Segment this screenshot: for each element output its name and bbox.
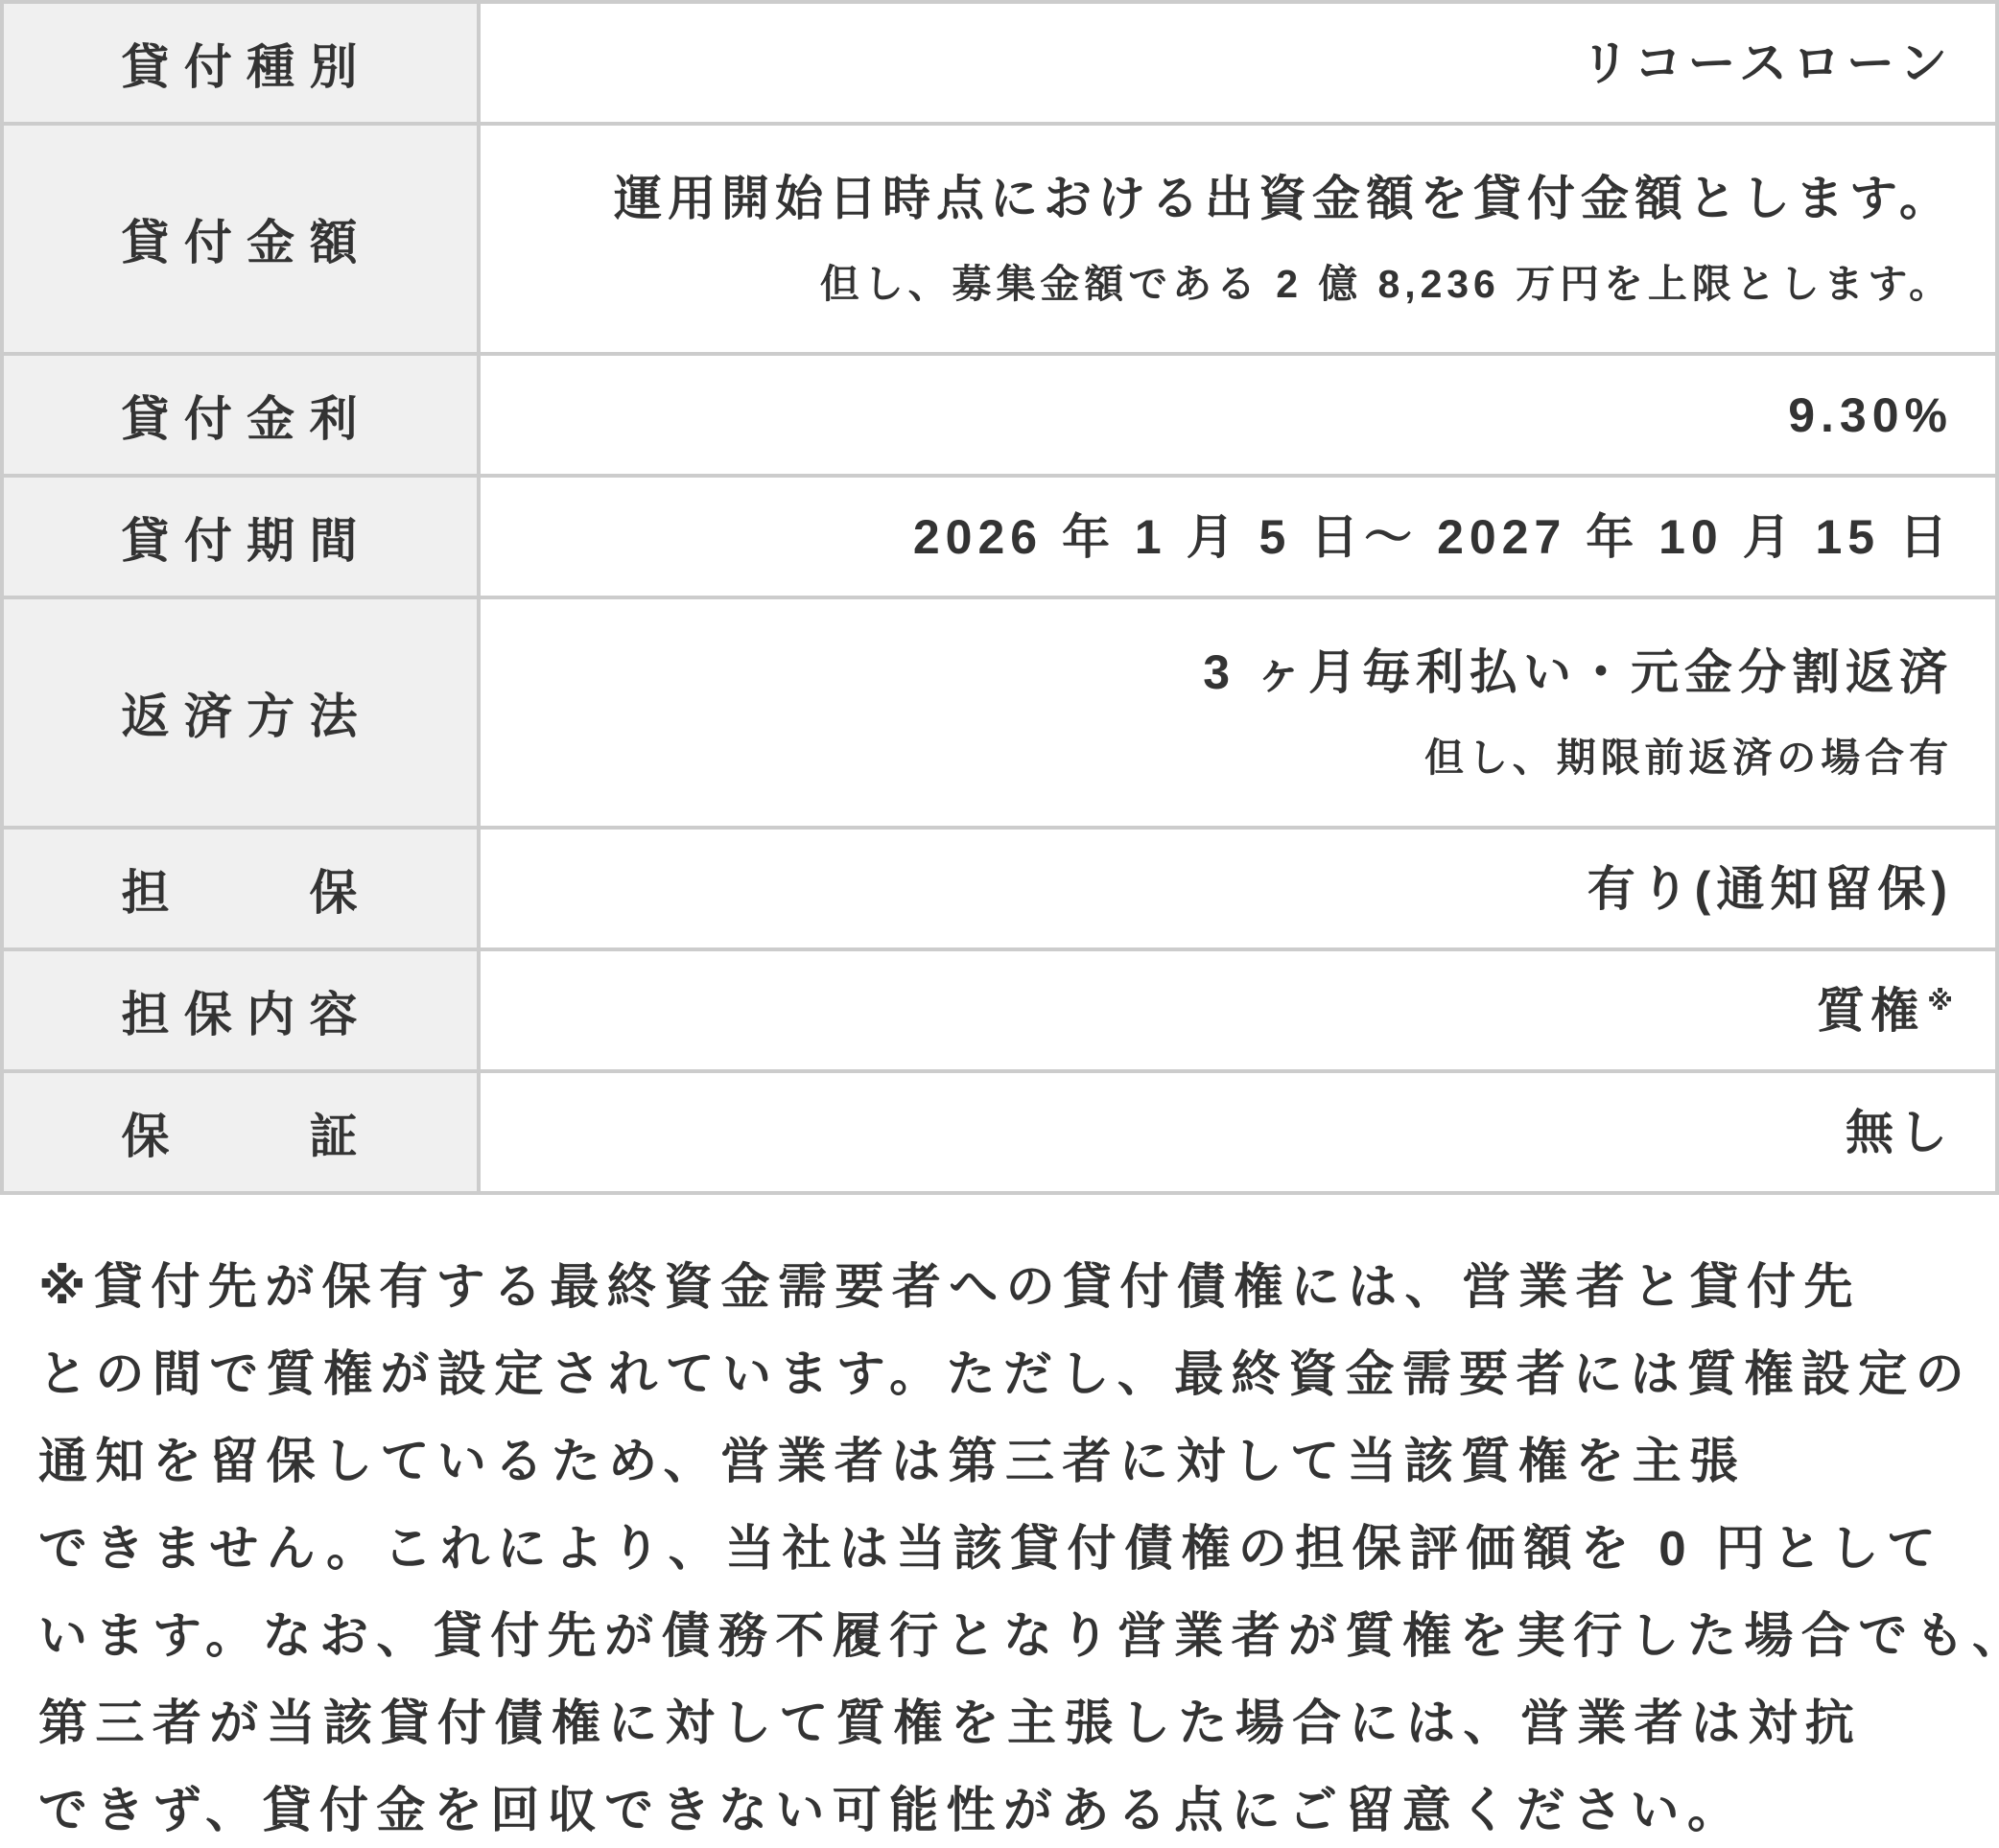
- table-row: 返済方法 3 ヶ月毎利払い・元金分割返済 但し、期限前返済の場合有: [2, 597, 1997, 828]
- row-label-text: 貸付種別: [122, 29, 360, 98]
- row-value: 有り(通知留保): [479, 828, 1997, 949]
- footnote: ※貸付先が保有する最終資金需要者への貸付債権には、営業者と貸付先 との間で質権が…: [38, 1243, 1972, 1848]
- footnote-line: できません。これにより、当社は当該貸付債権の担保評価額を 0 円として: [38, 1505, 1972, 1592]
- footnote-line: います。なお、貸付先が債務不履行となり営業者が質権を実行した場合でも、: [38, 1592, 1972, 1679]
- footnote-line: との間で質権が設定されています。ただし、最終資金需要者には質権設定の: [38, 1330, 1972, 1417]
- row-label: 返済方法: [2, 597, 479, 828]
- footnote-line: 通知を留保しているため、営業者は第三者に対して当該質権を主張: [38, 1417, 1972, 1505]
- row-label-text: 貸付金利: [122, 381, 360, 450]
- row-value: 2026 年 1 月 5 日～ 2027 年 10 月 15 日: [479, 476, 1997, 597]
- table-row: 貸付期間 2026 年 1 月 5 日～ 2027 年 10 月 15 日: [2, 476, 1997, 597]
- row-value-note: 但し、期限前返済の場合有: [542, 731, 1953, 785]
- footnote-line: できず、貸付金を回収できない可能性がある点にご留意ください。: [38, 1766, 1972, 1848]
- footnote-line: 第三者が当該貸付債権に対して質権を主張した場合には、営業者は対抗: [38, 1679, 1972, 1766]
- row-value-note: 但し、募集金額である 2 億 8,236 万円を上限とします。: [542, 257, 1953, 312]
- row-label-text: 担保: [122, 854, 360, 924]
- row-label-text: 返済方法: [122, 678, 360, 747]
- row-value-text: 有り(通知留保): [542, 855, 1953, 923]
- table-row: 貸付金額 運用開始日時点における出資金額を貸付金額とします。 但し、募集金額であ…: [2, 124, 1997, 354]
- row-value-text: リコースローン: [542, 30, 1953, 97]
- row-value-text: 運用開始日時点における出資金額を貸付金額とします。: [542, 165, 1953, 232]
- table-row: 担保内容 質権※: [2, 949, 1997, 1071]
- table-row: 保証 無し: [2, 1071, 1997, 1193]
- row-value: 無し: [479, 1071, 1997, 1193]
- row-label: 担保: [2, 828, 479, 949]
- collateral-value-text: 質権: [1817, 984, 1924, 1038]
- row-label: 保証: [2, 1071, 479, 1193]
- row-value-text: 質権※: [542, 977, 1953, 1044]
- table-row: 担保 有り(通知留保): [2, 828, 1997, 949]
- footnote-line: ※貸付先が保有する最終資金需要者への貸付債権には、営業者と貸付先: [38, 1243, 1972, 1330]
- row-label-text: 貸付期間: [122, 503, 360, 572]
- row-value: リコースローン: [479, 2, 1997, 124]
- table-row: 貸付金利 9.30%: [2, 354, 1997, 476]
- row-value-text: 3 ヶ月毎利払い・元金分割返済: [542, 639, 1953, 706]
- row-value: 質権※: [479, 949, 1997, 1071]
- row-value-text: 9.30%: [542, 382, 1953, 449]
- row-label-text: 保証: [122, 1098, 360, 1167]
- table-row: 貸付種別 リコースローン: [2, 2, 1997, 124]
- row-value: 9.30%: [479, 354, 1997, 476]
- row-label: 担保内容: [2, 949, 479, 1071]
- row-value: 3 ヶ月毎利払い・元金分割返済 但し、期限前返済の場合有: [479, 597, 1997, 828]
- row-label: 貸付期間: [2, 476, 479, 597]
- row-label: 貸付金利: [2, 354, 479, 476]
- footnote-marker: ※: [1927, 986, 1953, 1016]
- row-value: 運用開始日時点における出資金額を貸付金額とします。 但し、募集金額である 2 億…: [479, 124, 1997, 354]
- row-value-text: 2026 年 1 月 5 日～ 2027 年 10 月 15 日: [542, 503, 1953, 571]
- row-label-text: 貸付金額: [122, 204, 360, 273]
- row-label-text: 担保内容: [122, 976, 360, 1045]
- row-label: 貸付金額: [2, 124, 479, 354]
- row-label: 貸付種別: [2, 2, 479, 124]
- row-value-text: 無し: [542, 1099, 1953, 1166]
- loan-terms-table: 貸付種別 リコースローン 貸付金額 運用開始日時点における出資金額を貸付金額とし…: [0, 0, 1999, 1195]
